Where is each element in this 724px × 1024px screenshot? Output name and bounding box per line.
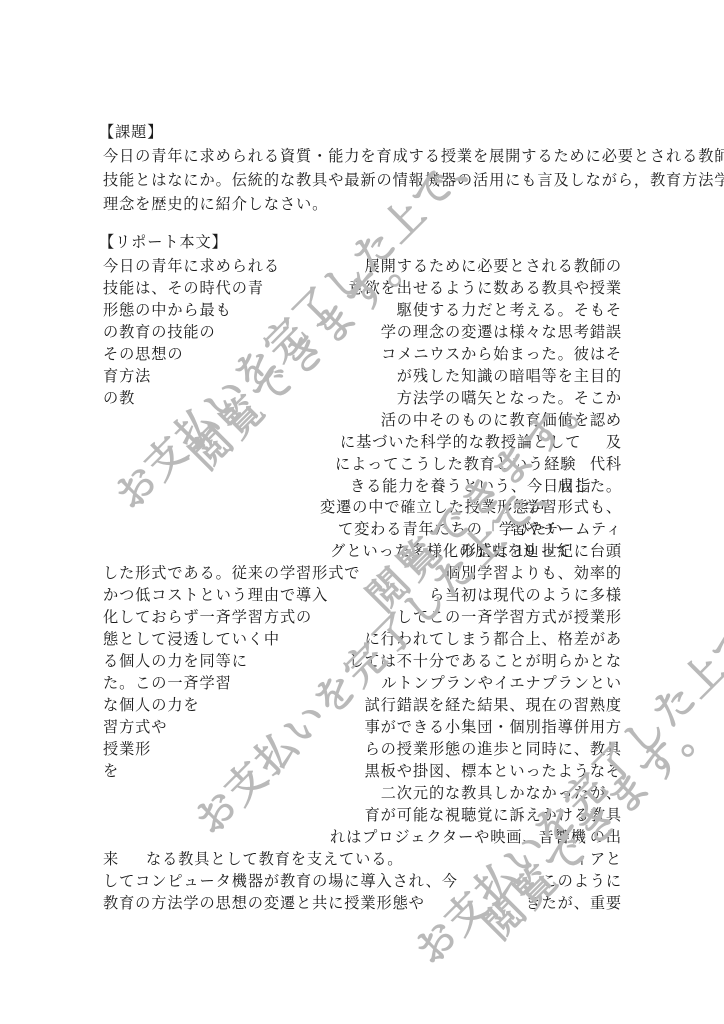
report-line-left-text: 教育の方法学の思想の変遷と共に授業形態や xyxy=(103,892,425,914)
report-line-right-text: このように xyxy=(542,870,622,892)
report-line-right-text: 駆使する力だと考える。そもそ xyxy=(397,299,622,321)
report-line: グといった多様化の歴史を辿って形式は 19 世紀に台頭 xyxy=(0,540,724,562)
report-heading: 【リポート本文】 xyxy=(103,231,623,253)
report-line-left-text: た。この一斉学習 xyxy=(103,672,232,694)
report-line: した形式である。従来の学習形式で個別学習よりも、効率的 xyxy=(0,562,724,584)
report-line-right-text: 方法学の嚆矢となった。そこか xyxy=(397,387,622,409)
report-line: れはプロジェクターや映画、音響機の出 xyxy=(0,826,724,848)
assignment-line-text: 理念を歴史的に紹介しなさい。 xyxy=(103,193,328,215)
document-page: 【課題】 今日の青年に求められる資質・能力を育成する授業を展開するために必要とさ… xyxy=(0,0,724,1024)
report-line-right-text: きたが、重要 xyxy=(525,892,622,914)
report-line-left-text: の教 xyxy=(103,387,135,409)
report-line-right-text: ルトンプランやイエナプランとい xyxy=(381,672,622,694)
report-line: 化しておらず一斉学習方式のしてこの一斉学習方式が授業形 xyxy=(0,606,724,628)
report-line-right-text: 黒板や掛図、標本といったようなそ xyxy=(365,760,622,782)
assignment-line: 理念を歴史的に紹介しなさい。 xyxy=(103,193,623,215)
report-line-left-text: な個人の力を xyxy=(103,694,200,716)
report-line: その思想のコメニウスから始まった。彼はそ xyxy=(0,343,724,365)
report-line: 活の中そのものに教育価値を認め xyxy=(0,409,724,431)
report-line: 形態の中から最も駆使する力だと考える。そもそ xyxy=(0,299,724,321)
report-line: に基づいた科学的な教授論として及 xyxy=(0,431,724,453)
report-line-right-text: 学の理念の変遷は様々な思考錯誤 xyxy=(381,321,622,343)
report-line-right-text: してこの一斉学習方式が授業形 xyxy=(397,606,622,628)
report-line: 育が可能な視聴覚に訴えかける教具 xyxy=(0,804,724,826)
report-line: て変わる青年たちの「学びたい習やチームティ xyxy=(0,518,724,540)
report-line: きる能力を養うという、今日目指成した。 xyxy=(0,475,724,497)
assignment-line: 今日の青年に求められる資質・能力を育成する授業を展開するために必要とされる教師の xyxy=(103,145,623,167)
report-line: る個人の力を同等にしては不十分であることが明らかとな xyxy=(0,650,724,672)
assignment-line: 技能とはなにか。伝統的な教具や最新の情報機器の活用にも言及しながら，教育方法学の xyxy=(103,169,623,191)
report-line-right-text: 意欲を出せるように数ある教具や授業 xyxy=(349,277,623,299)
report-line-right-text: 試行錯誤を経た結果、現在の習熟度 xyxy=(365,694,622,716)
report-line: 今日の青年に求められる展開するために必要とされる教師の xyxy=(0,255,724,277)
report-line-left-text: の教育の技能の xyxy=(103,321,216,343)
report-line: 技能は、その時代の青意欲を出せるように数ある教具や授業 xyxy=(0,277,724,299)
report-line-far-right-text: 形式は 19 世紀に台頭 xyxy=(461,540,622,562)
report-line-left-text: 技能は、その時代の青 xyxy=(103,277,264,299)
report-line-right-text: 育が可能な視聴覚に訴えかける教具 xyxy=(365,804,622,826)
report-line: 育方法が残した知識の暗唱等を主目的 xyxy=(0,365,724,387)
report-line-left-text: かつ低コストという理由で導入 xyxy=(103,584,328,606)
report-line-right-text: 二次元的な教具しかなかったが、 xyxy=(381,782,622,804)
report-line-right-text: しては不十分であることが明らかとな xyxy=(349,650,623,672)
report-line-far-right-text: 代科 xyxy=(590,453,622,475)
report-line-right-text: 事ができる小集団・個別指導併用方 xyxy=(365,716,622,738)
report-line: の教方法学の嚆矢となった。そこか xyxy=(0,387,724,409)
report-line: な個人の力を試行錯誤を経た結果、現在の習熟度 xyxy=(0,694,724,716)
report-line-right-text: によってこうした教育という経験 xyxy=(335,453,576,475)
report-line-left-text: 化しておらず一斉学習方式の xyxy=(103,606,312,628)
report-line: 態として浸透していく中に行われてしまう都合上、格差があ xyxy=(0,628,724,650)
report-line-right-text: に行われてしまう都合上、格差があ xyxy=(365,628,622,650)
report-line-right-text: コメニウスから始まった。彼はそ xyxy=(381,343,622,365)
report-line: た。この一斉学習ルトンプランやイエナプランとい xyxy=(0,672,724,694)
report-line-left-text: した形式である。従来の学習形式で xyxy=(103,562,360,584)
report-line: を黒板や掛図、標本といったようなそ xyxy=(0,760,724,782)
report-line-left-text: 態として浸透していく中 xyxy=(103,628,280,650)
report-line-right-text: きる能力を養うという、今日目指 xyxy=(350,475,591,497)
report-line: してコンピュータ機器が教育の場に導入され、今このように xyxy=(0,870,724,892)
report-line-left-text: してコンピュータ機器が教育の場に導入され、今 xyxy=(103,870,458,892)
report-line-right-text: が残した知識の暗唱等を主目的 xyxy=(397,365,622,387)
report-line-left-text: る個人の力を同等に xyxy=(103,650,248,672)
report-line: 習方式や事ができる小集団・個別指導併用方 xyxy=(0,716,724,738)
report-line-left-text: 育方法 xyxy=(103,365,151,387)
report-line: 来なる教具として教育を支えている。ィアと xyxy=(0,848,724,870)
report-line-left-text: 形態の中から最も xyxy=(103,299,232,321)
report-line-right-text: 個別学習よりも、効率的 xyxy=(445,562,622,584)
report-line-left-text: 授業形 xyxy=(103,738,151,760)
report-line-right-text: なる教具として教育を支えている。 xyxy=(146,848,403,870)
report-line-far-right-text: 習やチームティ xyxy=(511,518,622,540)
report-line-far-right-text: 及 xyxy=(606,431,622,453)
report-line-right-text: ら当初は現代のように多様 xyxy=(429,584,622,606)
report-line-left-text: を xyxy=(103,760,119,782)
report-line: の教育の技能の学の理念の変遷は様々な思考錯誤 xyxy=(0,321,724,343)
report-line-left-text: その思想の xyxy=(103,343,183,365)
report-line-right-text: 変遷の中で確立した授業形態が xyxy=(320,496,545,518)
report-heading-text: 【リポート本文】 xyxy=(99,231,228,253)
report-line-right-text: らの授業形態の進歩と同時に、教具 xyxy=(365,738,622,760)
report-line: 教育の方法学の思想の変遷と共に授業形態やきたが、重要 xyxy=(0,892,724,914)
report-line-right-text: れはプロジェクターや映画、音響機 xyxy=(330,826,587,848)
report-line-far-right-text: の出 xyxy=(590,826,622,848)
report-line: によってこうした教育という経験代科 xyxy=(0,453,724,475)
assignment-heading: 【課題】 xyxy=(103,121,623,143)
report-line: 変遷の中で確立した授業形態が学習形式も、 xyxy=(0,496,724,518)
assignment-line-text: 技能とはなにか。伝統的な教具や最新の情報機器の活用にも言及しながら，教育方法学の xyxy=(103,169,724,191)
report-line-right-text: に基づいた科学的な教授論として xyxy=(340,431,581,453)
report-line-left-text: 来 xyxy=(103,848,119,870)
report-line: 授業形らの授業形態の進歩と同時に、教具 xyxy=(0,738,724,760)
assignment-heading-text: 【課題】 xyxy=(99,121,163,143)
report-line-right-text: 展開するために必要とされる教師の xyxy=(365,255,622,277)
report-line-far-right-text: 学習形式も、 xyxy=(525,496,622,518)
report-line-far-right-text: 成した。 xyxy=(558,475,622,497)
assignment-line-text: 今日の青年に求められる資質・能力を育成する授業を展開するために必要とされる教師の xyxy=(103,145,724,167)
report-line: 二次元的な教具しかなかったが、 xyxy=(0,782,724,804)
report-line-left-text: 今日の青年に求められる xyxy=(103,255,280,277)
report-line-right-text: 活の中そのものに教育価値を認め xyxy=(381,409,622,431)
report-line-left-text: 習方式や xyxy=(103,716,167,738)
report-line-far-right-text: ィアと xyxy=(574,848,622,870)
report-line: かつ低コストという理由で導入ら当初は現代のように多様 xyxy=(0,584,724,606)
